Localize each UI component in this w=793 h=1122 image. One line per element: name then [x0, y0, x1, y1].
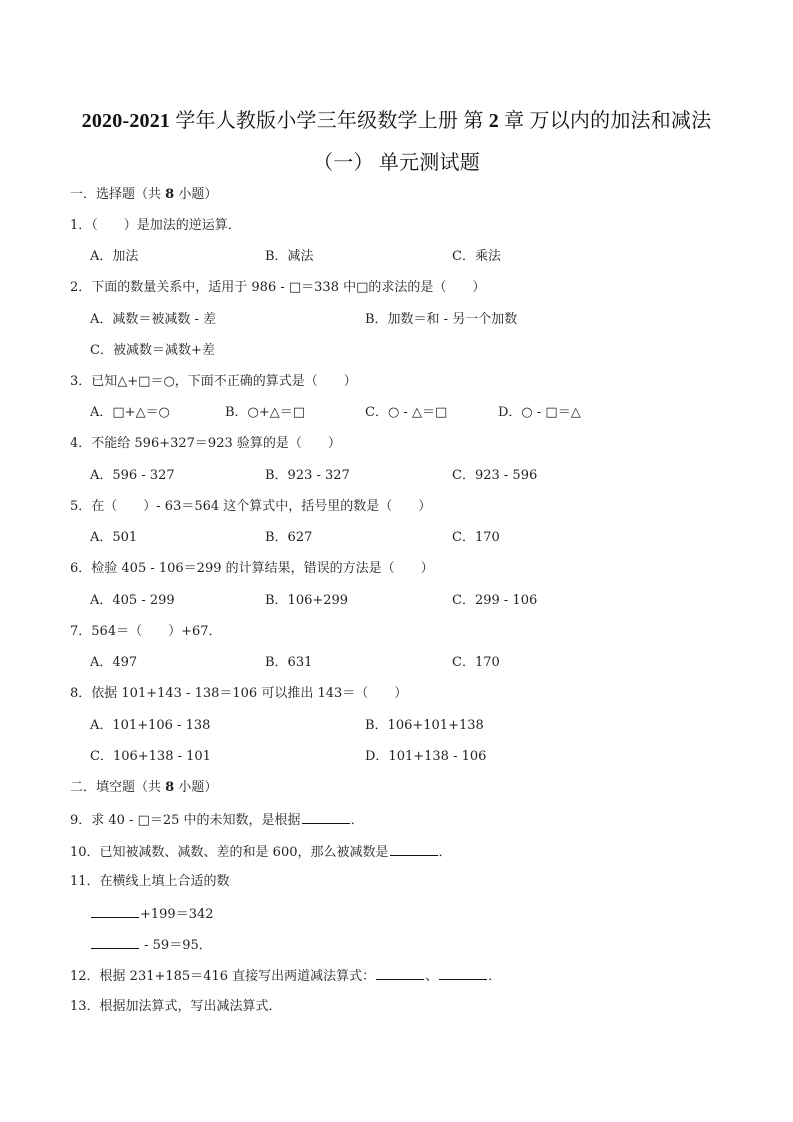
q5-option-b[interactable]: B．627	[265, 530, 312, 546]
q11-blank-2[interactable]	[91, 936, 139, 949]
q5-option-c[interactable]: C．170	[452, 530, 500, 546]
section-count: 8	[165, 780, 174, 795]
question-9: 9．求 40 - □＝25 中的未知数，是根据．	[70, 811, 364, 829]
section-label-suffix: 小题）	[174, 780, 217, 795]
question-6: 6．检验 405 - 106＝299 的计算结果，错误的方法是（ ）	[70, 561, 434, 577]
q8-option-d[interactable]: D．101+138 - 106	[365, 749, 486, 765]
q8-option-a[interactable]: A．101+106 - 138	[90, 718, 210, 734]
q3-option-d[interactable]: D．○ - □＝△	[498, 405, 581, 421]
q6-option-a[interactable]: A．405 - 299	[90, 593, 175, 609]
question-12: 12．根据 231+185＝416 直接写出两道减法算式：、．	[70, 967, 501, 985]
question-2: 2．下面的数量关系中，适用于 986 - □＝338 中□的求法的是（ ）	[70, 280, 485, 296]
q10-period: ．	[439, 845, 452, 860]
q7-option-c[interactable]: C．170	[452, 655, 500, 671]
section-label-prefix: 二．填空题（共	[70, 780, 165, 795]
q8-option-b[interactable]: B．106+101+138	[365, 718, 484, 734]
q11-equation-2-text: - 59＝95．	[140, 938, 212, 953]
question-4: 4．不能给 596+327＝923 验算的是（ ）	[70, 436, 341, 452]
q12-period: ．	[488, 969, 501, 984]
q6-option-c[interactable]: C．299 - 106	[452, 593, 537, 609]
q2-option-a[interactable]: A．减数＝被减数 - 差	[90, 312, 216, 328]
q6-option-b[interactable]: B．106+299	[265, 593, 348, 609]
q10-answer-blank[interactable]	[390, 843, 438, 856]
section-label-suffix: 小题）	[174, 187, 217, 202]
q4-option-a[interactable]: A．596 - 327	[90, 468, 175, 484]
document-title-line1: 2020-2021 学年人教版小学三年级数学上册 第 2 章 万以内的加法和减法	[0, 104, 793, 133]
q1-option-c[interactable]: C．乘法	[452, 249, 501, 265]
document-title-line2: （一） 单元测试题	[0, 146, 793, 175]
section-label-prefix: 一．选择题（共	[70, 187, 165, 202]
q10-text: 10．已知被减数、减数、差的和是 600，那么被减数是	[70, 845, 389, 860]
q4-option-c[interactable]: C．923 - 596	[452, 468, 537, 484]
q5-option-a[interactable]: A．501	[90, 530, 137, 546]
q2-option-c[interactable]: C．被减数＝减数+差	[90, 343, 215, 359]
q1-option-a[interactable]: A．加法	[90, 249, 138, 265]
question-1: 1．（ ）是加法的逆运算．	[70, 218, 241, 234]
q12-separator: 、	[425, 969, 438, 984]
question-10: 10．已知被减数、减数、差的和是 600，那么被减数是．	[70, 843, 452, 861]
q11-equation-1-text: +199＝342	[140, 907, 214, 922]
q11-equation-2: - 59＝95．	[90, 936, 212, 954]
question-5: 5．在（ ）- 63＝564 这个算式中，括号里的数是（ ）	[70, 499, 431, 515]
title-chapter-number: 2	[489, 110, 499, 132]
question-13: 13．根据加法算式，写出减法算式．	[70, 999, 282, 1015]
section-header-choice: 一．选择题（共 8 小题）	[70, 187, 217, 203]
document-page: 2020-2021 学年人教版小学三年级数学上册 第 2 章 万以内的加法和减法…	[0, 0, 793, 1122]
q8-option-c[interactable]: C．106+138 - 101	[90, 749, 211, 765]
question-8: 8．依据 101+143 - 138＝106 可以推出 143＝（ ）	[70, 686, 407, 702]
q9-text: 9．求 40 - □＝25 中的未知数，是根据	[70, 813, 301, 828]
q11-equation-1: +199＝342	[90, 905, 214, 923]
question-11: 11．在横线上填上合适的数	[70, 874, 230, 890]
q3-option-a[interactable]: A．□+△＝○	[90, 405, 170, 421]
title-year: 2020-2021	[82, 110, 170, 132]
q9-answer-blank[interactable]	[302, 811, 350, 824]
q7-option-b[interactable]: B．631	[265, 655, 312, 671]
q3-option-b[interactable]: B．○+△＝□	[225, 405, 305, 421]
title-text-2: 章 万以内的加法和减法	[499, 110, 711, 132]
q7-option-a[interactable]: A．497	[90, 655, 137, 671]
question-7: 7．564＝（ ）+67．	[70, 624, 222, 640]
q12-text: 12．根据 231+185＝416 直接写出两道减法算式：	[70, 969, 375, 984]
q12-blank-1[interactable]	[376, 967, 424, 980]
q9-period: ．	[351, 813, 364, 828]
q12-blank-2[interactable]	[439, 967, 487, 980]
q11-blank-1[interactable]	[91, 905, 139, 918]
q3-option-c[interactable]: C．○ - △＝□	[365, 405, 447, 421]
section-count: 8	[165, 187, 174, 202]
q4-option-b[interactable]: B．923 - 327	[265, 468, 350, 484]
question-3: 3．已知△+□＝○，下面不正确的算式是（ ）	[70, 374, 357, 390]
q2-option-b[interactable]: B．加数＝和 - 另一个加数	[365, 312, 517, 328]
section-header-fill-blank: 二．填空题（共 8 小题）	[70, 780, 217, 796]
q1-option-b[interactable]: B．减法	[265, 249, 314, 265]
title-text-1: 学年人教版小学三年级数学上册 第	[170, 110, 489, 132]
